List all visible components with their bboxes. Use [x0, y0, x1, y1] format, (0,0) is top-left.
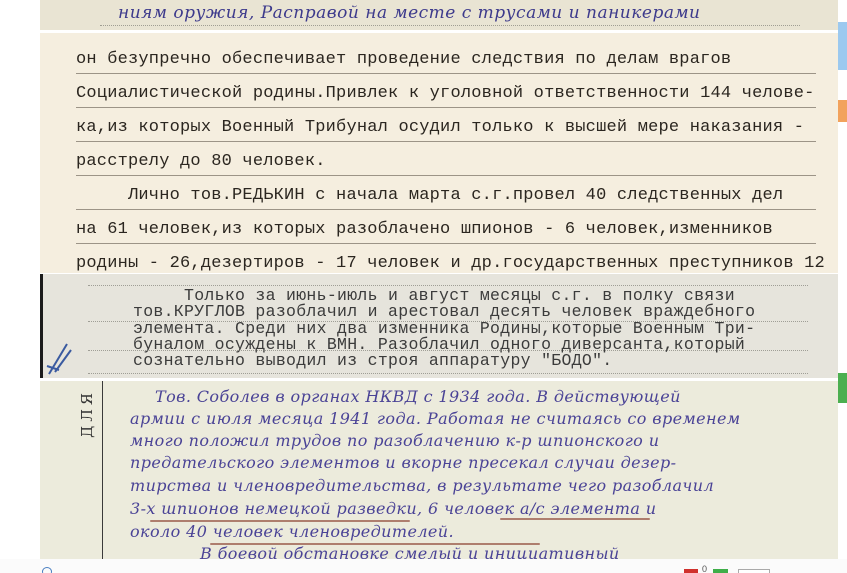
typed-line: расстрелу до 80 человек. [76, 152, 326, 171]
handwritten-line: Тов. Соболев в органах НКВД с 1934 года.… [155, 387, 681, 406]
vote-up-button[interactable] [713, 569, 728, 573]
typed-line: ка,из которых Военный Трибунал осудил то… [76, 118, 804, 137]
typed-line: он безупречно обеспечивает проведение сл… [76, 50, 731, 69]
background-highlight [838, 22, 847, 70]
ruled-line [100, 25, 800, 26]
ruled-line [76, 141, 816, 142]
vote-down-button[interactable] [684, 569, 698, 573]
ruled-line [88, 373, 808, 374]
handwritten-line: ниям оружия, Расправой на месте с трусам… [118, 3, 701, 23]
user-icon[interactable] [42, 567, 52, 573]
underline-mark [500, 518, 650, 520]
document-fragment-redkin: он безупречно обеспечивает проведение сл… [40, 33, 840, 273]
margin-stamp: ДЛЯ [78, 389, 96, 438]
ruled-line [76, 73, 816, 74]
background-button[interactable] [838, 373, 847, 403]
ruled-line [76, 107, 816, 108]
sort-select[interactable] [738, 569, 770, 573]
ink-mark-icon [45, 336, 79, 376]
handwritten-line: предательского элементов и вкорне пресек… [130, 453, 677, 472]
handwritten-line: армии с июля месяца 1941 года. Работая н… [130, 409, 740, 428]
vote-count: 0 [702, 564, 707, 573]
typed-line: Лично тов.РЕДЬКИН с начала марта с.г.про… [76, 186, 783, 205]
handwritten-line: 3-х шпионов немецкой разведки, 6 человек… [130, 499, 657, 518]
ruled-line [76, 243, 816, 244]
document-fragment-handwritten-top: ниям оружия, Расправой на месте с трусам… [40, 0, 840, 30]
document-fragment-sobolev: ДЛЯ Тов. Соболев в органах НКВД с 1934 г… [40, 381, 843, 559]
handwritten-line: В боевой обстановке смелый и инициативны… [200, 544, 620, 559]
typed-line: родины - 26,дезертиров - 17 человек и др… [76, 254, 825, 273]
handwritten-line: около 40 человек членовредителей. [130, 522, 454, 541]
ruled-line [76, 209, 816, 210]
document-fragment-kruglov: Только за июнь-июль и август месяцы с.г.… [40, 274, 840, 378]
typed-line: на 61 человек,из которых разоблачено шпи… [76, 220, 773, 239]
handwritten-line: много положил трудов по разоблачению к-р… [130, 431, 659, 450]
background-webpage-edge [838, 0, 847, 573]
handwritten-line: тирства и членовредительства, в результа… [130, 476, 714, 495]
typed-line: Социалистической родины.Привлек к уголов… [76, 84, 815, 103]
background-highlight [838, 100, 847, 122]
ruled-line [76, 175, 816, 176]
typed-line: сознательно выводил из строя аппаратуру … [133, 351, 612, 370]
